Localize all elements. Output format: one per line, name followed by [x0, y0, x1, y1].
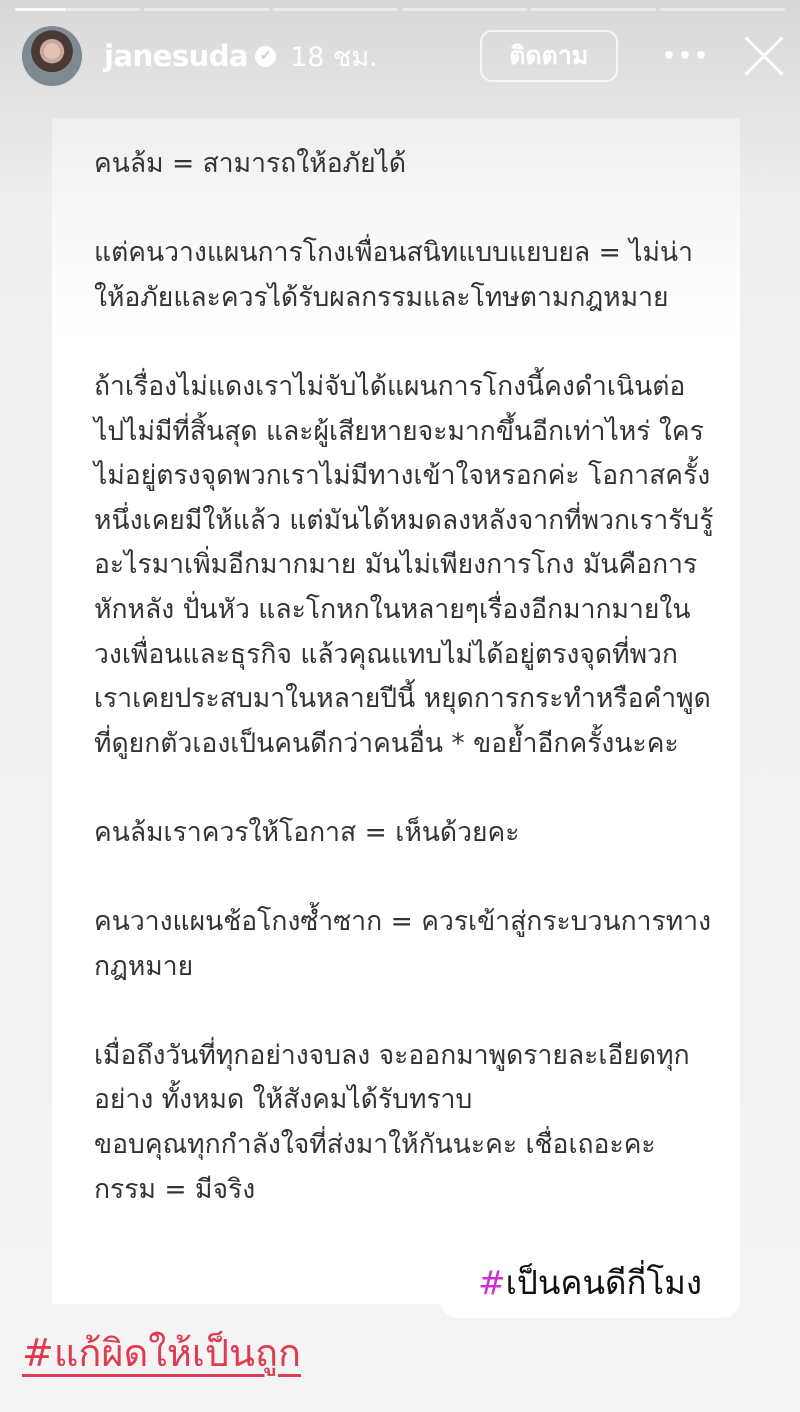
more-options-icon[interactable]: •••	[662, 44, 710, 69]
progress-segment	[15, 8, 140, 11]
follow-button[interactable]: ติดตาม	[480, 30, 618, 82]
close-icon[interactable]	[742, 34, 786, 78]
progress-segment	[144, 8, 269, 11]
text-paragraph: แต่คนวางแผนการโกงเพื่อนสนิทแบบแยบยล = ไม…	[94, 231, 714, 320]
username[interactable]: janesuda	[104, 39, 248, 73]
progress-segment	[660, 8, 785, 11]
progress-segment	[273, 8, 398, 11]
story-viewer[interactable]: janesuda ✔ 18 ชม. ติดตาม ••• คนล้ม = สาม…	[0, 0, 800, 1412]
timestamp: 18 ชม.	[290, 35, 378, 78]
progress-segment	[531, 8, 656, 11]
text-line: กรรม = มีจริง	[94, 1168, 714, 1213]
text-line: คนล้มเราควรให้โอกาส = เห็นด้วยคะ	[94, 811, 714, 856]
progress-fill	[15, 8, 65, 11]
text-line: คนล้ม = สามารถให้อภัยได้	[94, 142, 714, 187]
hashtag-sticker-white[interactable]: #เป็นคนดีกี่โมง	[440, 1246, 740, 1318]
story-header: janesuda ✔ 18 ชม. ติดตาม •••	[22, 26, 786, 86]
hashtag-text: เป็นคนดีกี่โมง	[506, 1256, 702, 1309]
story-progress-bar	[15, 8, 785, 11]
hashtag-sticker-red[interactable]: #แก้ผิดให้เป็นถูก	[22, 1322, 301, 1383]
avatar[interactable]	[22, 26, 82, 86]
text-paragraph: ถ้าเรื่องไม่แดงเราไม่จับได้แผนการโกงนี้ค…	[94, 365, 714, 766]
verified-badge-icon: ✔	[255, 46, 276, 67]
hashtag-symbol: #	[478, 1263, 506, 1302]
text-paragraph: เมื่อถึงวันที่ทุกอย่างจบลง จะออกมาพูดราย…	[94, 1034, 714, 1123]
story-text: คนล้ม = สามารถให้อภัยได้ แต่คนวางแผนการโ…	[94, 142, 714, 1212]
text-paragraph: คนวางแผนช้อโกงซ้ำซาก = ควรเข้าสู่กระบวนก…	[94, 900, 714, 989]
text-line: ขอบคุณทุกกำลังใจที่ส่งมาให้กันนะคะ เชื่อ…	[94, 1123, 714, 1168]
progress-segment	[402, 8, 527, 11]
